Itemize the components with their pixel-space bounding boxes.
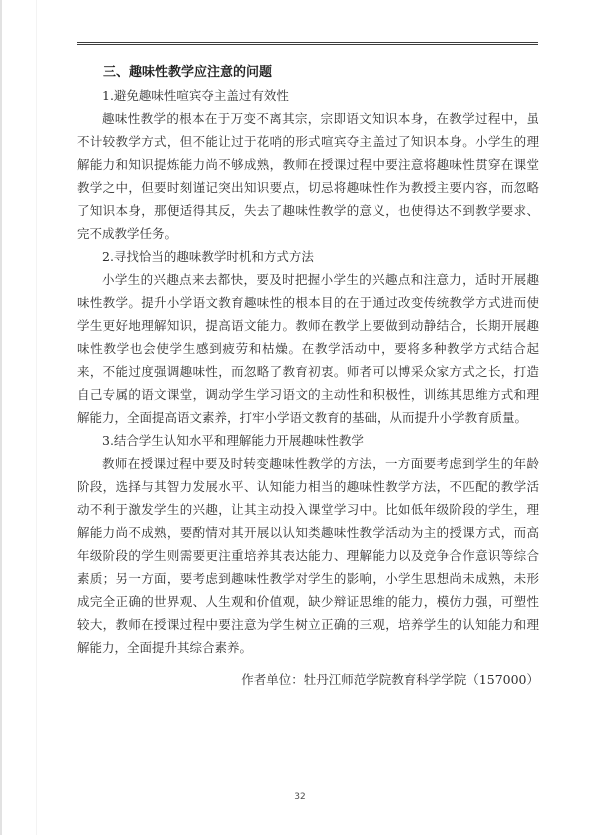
subheading-1: 1.避免趣味性喧宾夺主盖过有效性 <box>77 84 539 107</box>
header-double-rule <box>77 42 538 45</box>
page-number: 32 <box>0 792 600 802</box>
paragraph-1: 趣味性教学的根本在于万变不离其宗，宗即语文知识本身，在教学过程中，虽不计较教学方… <box>77 107 539 245</box>
paragraph-2: 小学生的兴趣点来去都快，要及时把握小学生的兴趣点和注意力，适时开展趣味性教学。提… <box>77 268 539 429</box>
scan-edge-shadow <box>0 0 2 835</box>
subheading-3: 3.结合学生认知水平和理解能力开展趣味性教学 <box>77 429 539 452</box>
subheading-2: 2.寻找恰当的趣味教学时机和方式方法 <box>77 245 539 268</box>
author-affiliation: 作者单位：牡丹江师范学院教育科学学院（157000） <box>77 668 539 691</box>
paragraph-3: 教师在授课过程中要及时转变趣味性教学的方法，一方面要考虑到学生的年龄阶段，选择与… <box>77 452 539 659</box>
scan-seam-line <box>36 0 37 835</box>
section-heading: 三、趣味性教学应注意的问题 <box>77 61 539 84</box>
article-content: 三、趣味性教学应注意的问题 1.避免趣味性喧宾夺主盖过有效性 趣味性教学的根本在… <box>77 61 539 691</box>
document-page: 三、趣味性教学应注意的问题 1.避免趣味性喧宾夺主盖过有效性 趣味性教学的根本在… <box>0 0 600 835</box>
